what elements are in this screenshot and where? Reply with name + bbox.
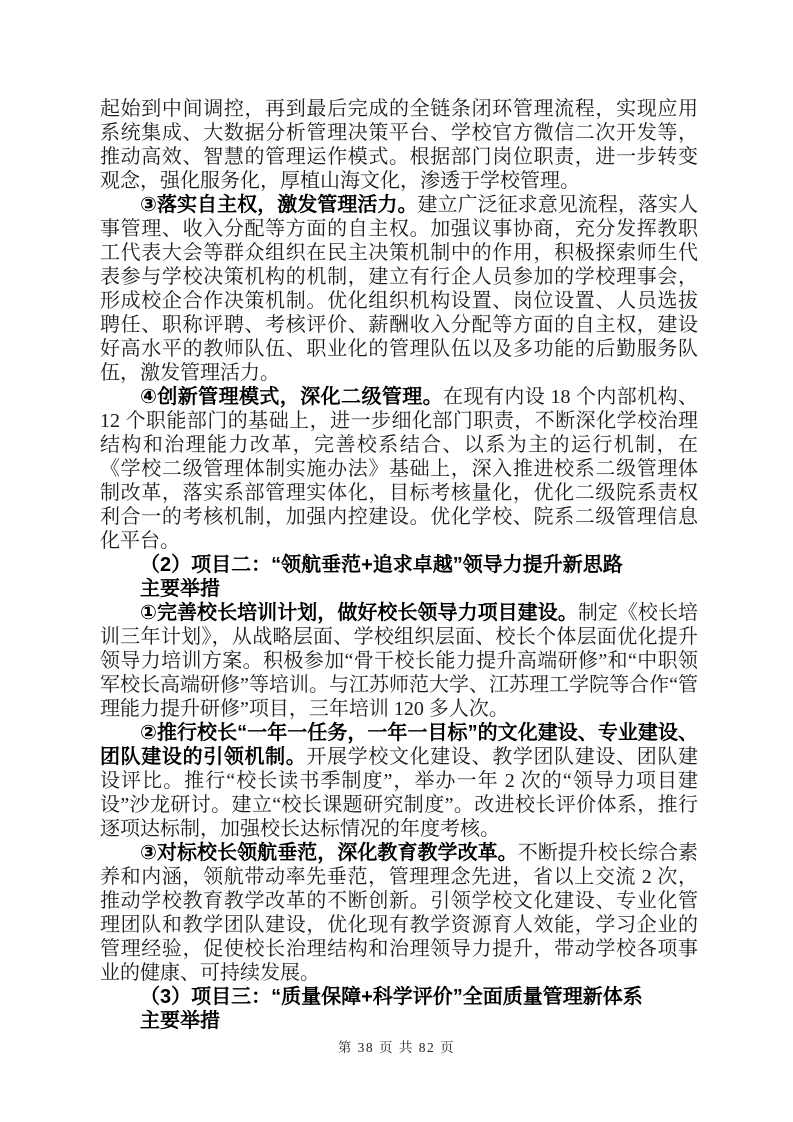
body-continuation-paragraph: 起始到中间调控，再到最后完成的全链条闭环管理流程，实现应用系统集成、大数据分析管… (100, 97, 698, 193)
main-measures-label-2: 主要举措 (100, 1009, 698, 1033)
paragraph-body-text: 在现有内设 18 个内部机构、12 个职能部门的基础上，进一步细化部门职责，不断… (100, 386, 698, 552)
measure-item-3: ③落实自主权，激发管理活力。建立广泛征求意见流程，落实人事管理、收入分配等方面的… (100, 193, 698, 385)
measure-item-2: ②推行校长“一年一任务，一年一目标”的文化建设、专业建设、团队建设的引领机制。开… (100, 721, 698, 841)
paragraph-lead-bold-text: 主要举措 (140, 578, 220, 600)
paragraph-lead-bold-text: ③落实自主权，激发管理活力。 (140, 194, 417, 216)
paragraph-lead-bold-text: ③对标校长领航垂范，深化教育教学改革。 (140, 842, 518, 864)
paragraph-lead-bold-text: （2）项目二：“领航垂范+追求卓越”领导力提升新思路 (140, 554, 623, 576)
paragraph-lead-bold-text: （3）项目三：“质量保障+科学评价”全面质量管理新体系 (140, 986, 643, 1008)
measure-item-3-leadership: ③对标校长领航垂范，深化教育教学改革。不断提升校长综合素养和内涵，领航带动率先垂… (100, 841, 698, 985)
measure-item-4: ④创新管理模式，深化二级管理。在现有内设 18 个内部机构、12 个职能部门的基… (100, 385, 698, 553)
page-number-footer: 第 38 页 共 82 页 (0, 1039, 793, 1057)
main-measures-label: 主要举措 (100, 577, 698, 601)
project-2-heading: （2）项目二：“领航垂范+追求卓越”领导力提升新思路 (100, 553, 698, 577)
paragraph-body-text: 建立广泛征求意见流程，落实人事管理、收入分配等方面的自主权。加强议事协商，充分发… (100, 194, 698, 384)
paragraph-lead-bold-text: 主要举措 (140, 1010, 220, 1032)
document-body: 起始到中间调控，再到最后完成的全链条闭环管理流程，实现应用系统集成、大数据分析管… (100, 97, 698, 1033)
paragraph-lead-bold-text: ④创新管理模式，深化二级管理。 (140, 386, 443, 408)
paragraph-lead-bold-text: ①完善校长培训计划，做好校长领导力项目建设。 (140, 602, 578, 624)
paragraph-body-text: 起始到中间调控，再到最后完成的全链条闭环管理流程，实现应用系统集成、大数据分析管… (100, 98, 698, 192)
measure-item-1: ①完善校长培训计划，做好校长领导力项目建设。制定《校长培训三年计划》，从战略层面… (100, 601, 698, 721)
document-page: 起始到中间调控，再到最后完成的全链条闭环管理流程，实现应用系统集成、大数据分析管… (0, 0, 793, 1122)
project-3-heading: （3）项目三：“质量保障+科学评价”全面质量管理新体系 (100, 985, 698, 1009)
